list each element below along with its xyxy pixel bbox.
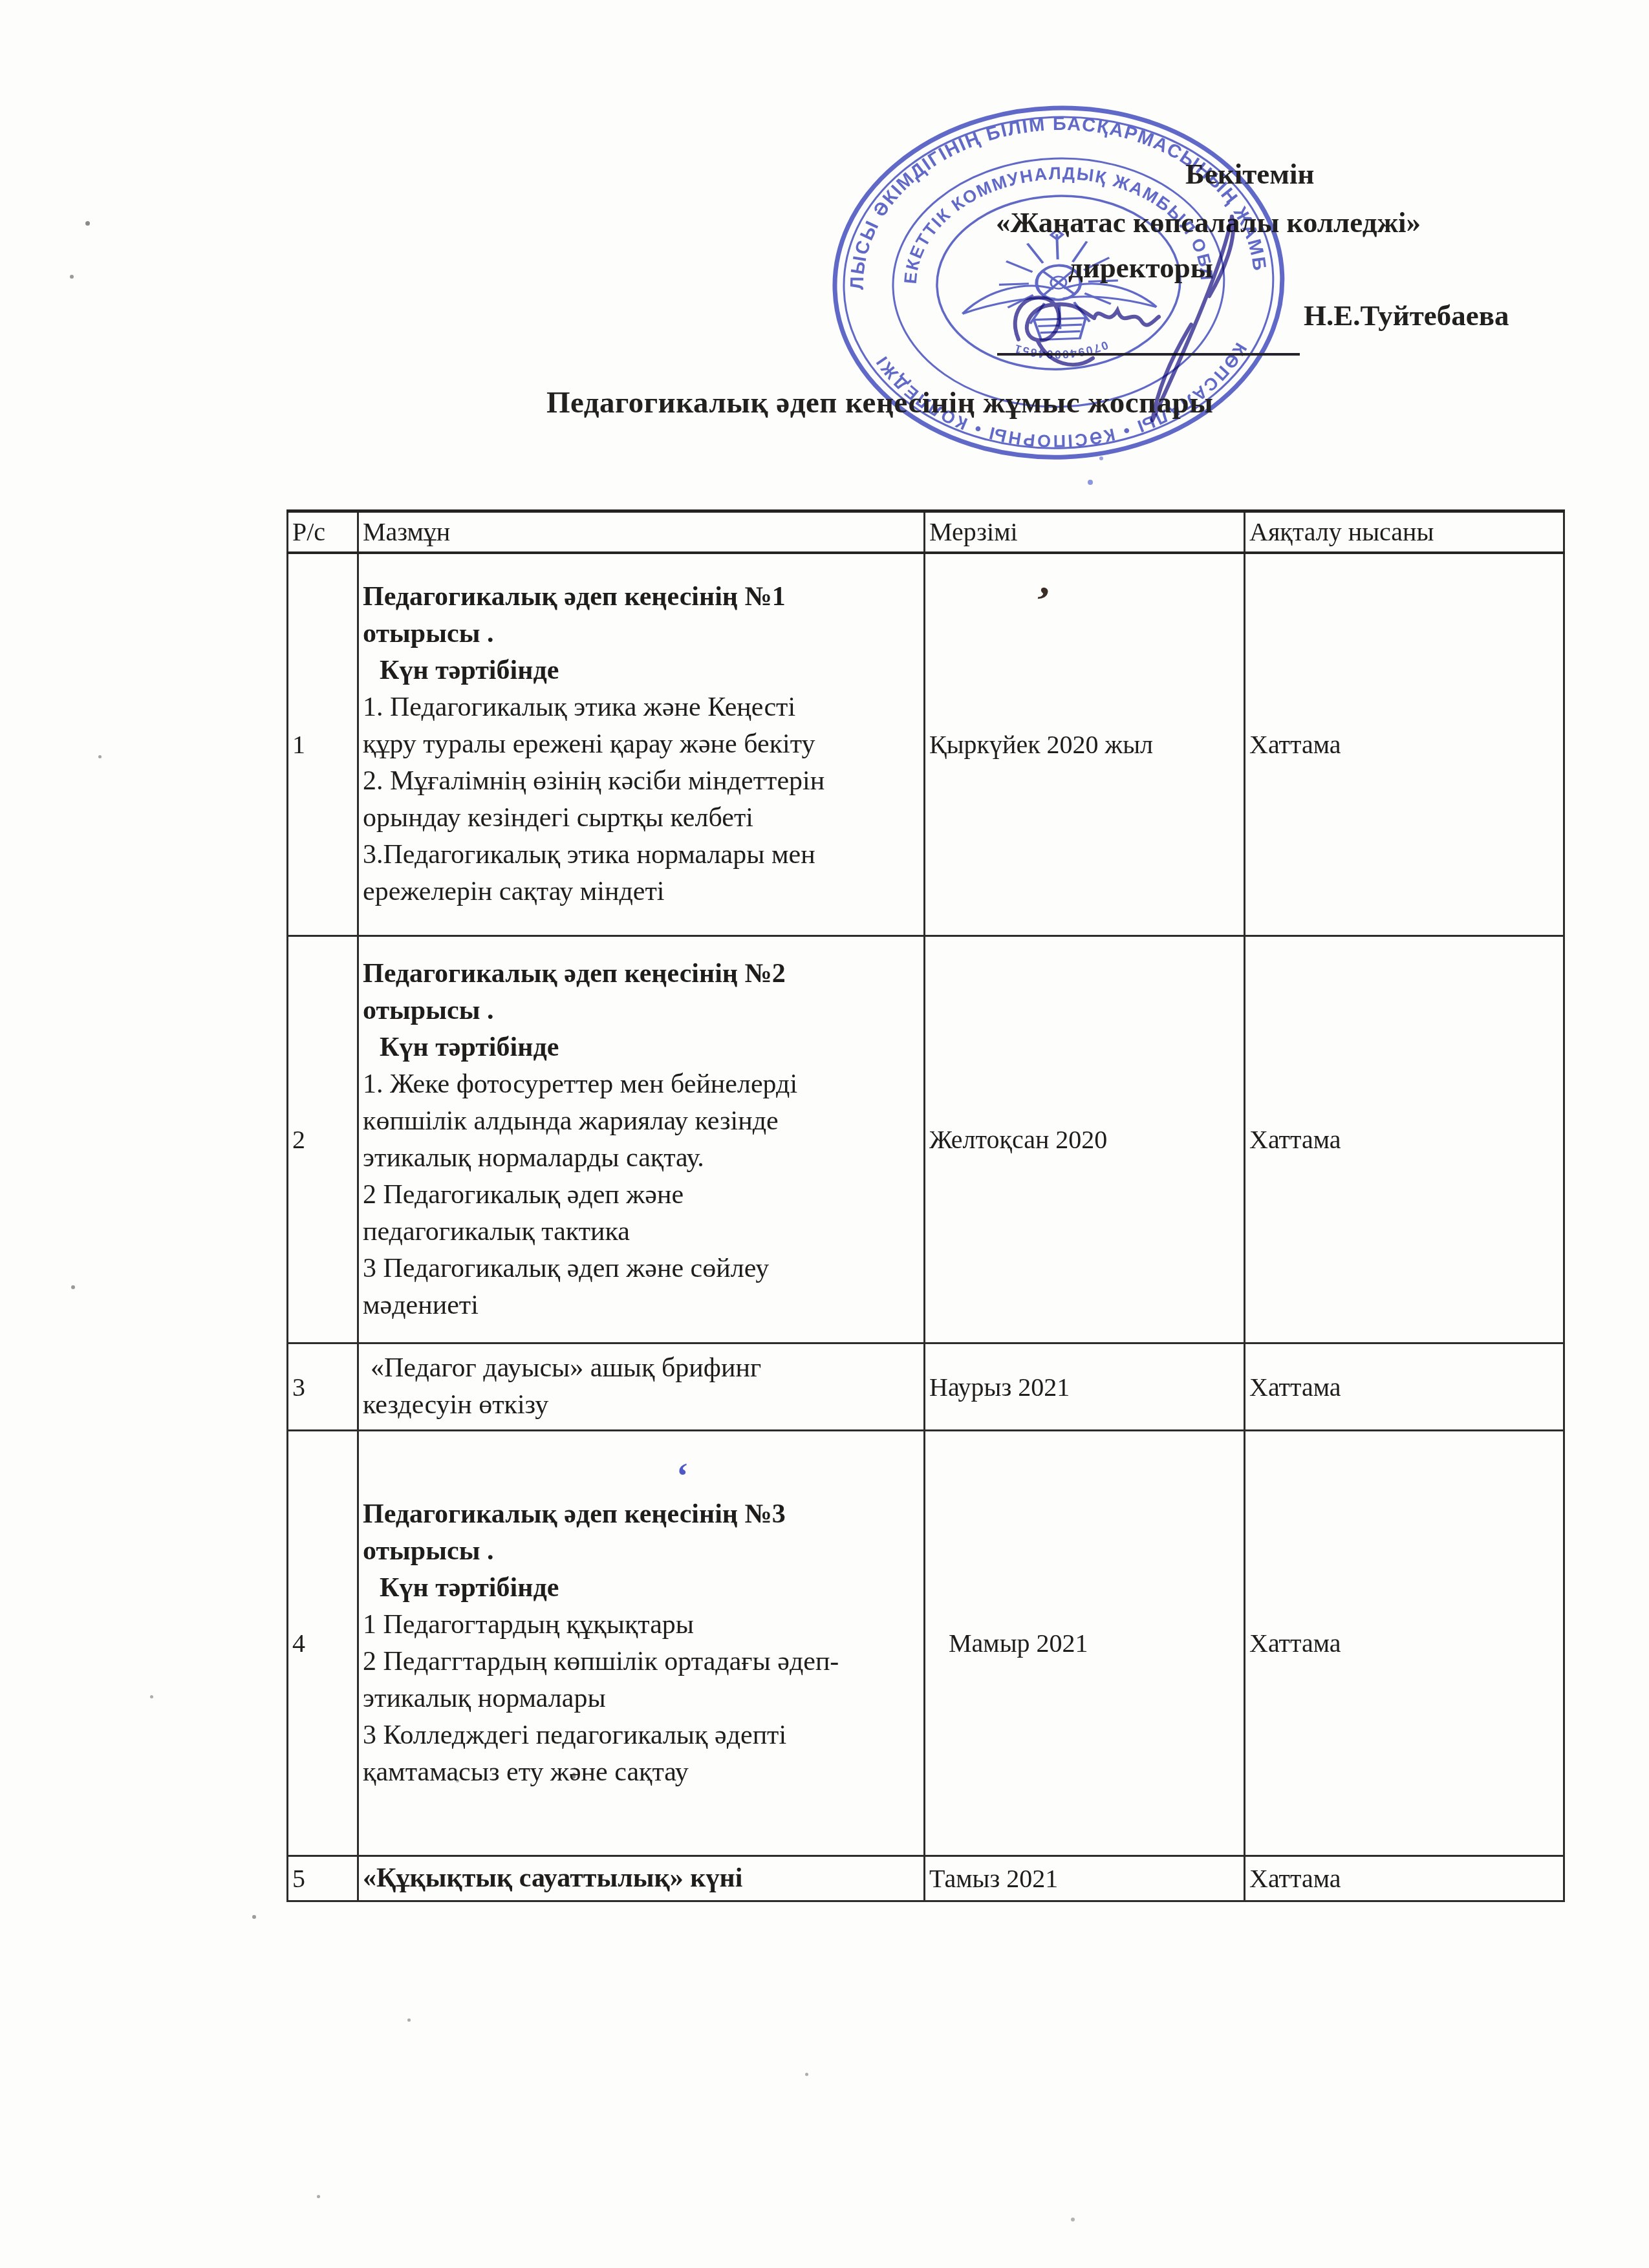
header-num: Р/с — [288, 511, 358, 553]
scan-speck — [85, 221, 90, 226]
result-cell: Хаттама — [1245, 553, 1564, 936]
director-name: Н.Е.Туйтебаева — [1304, 299, 1509, 332]
meeting-title: Педагогикалық әдеп кеңесінің №1 отырысы … — [363, 579, 809, 652]
agenda-item: 1. Жеке фотосуреттер мен бейнелерді көпш… — [363, 1066, 856, 1177]
content-cell: Педагогикалық әдеп кеңесінің №1 отырысы … — [358, 553, 925, 936]
agenda-item: 2 Педагогикалық әдеп және педагогикалық … — [363, 1177, 856, 1250]
term-cell: Желтоқсан 2020 — [925, 936, 1245, 1343]
result-cell: Хаттама — [1245, 1856, 1564, 1901]
content-cell: Педагогикалық әдеп кеңесінің №3 отырысы … — [358, 1431, 925, 1856]
content-cell: Педагогикалық әдеп кеңесінің №2 отырысы … — [358, 936, 925, 1343]
term-cell: Тамыз 2021 — [925, 1856, 1245, 1901]
result-cell: Хаттама — [1245, 936, 1564, 1343]
meeting-title: Педагогикалық әдеп кеңесінің №3 отырысы … — [363, 1496, 809, 1570]
scan-speck — [317, 2195, 320, 2198]
scan-speck — [71, 1285, 75, 1289]
agenda-item: 3 Педагогикалық әдеп және сөйлеу мәдение… — [363, 1250, 856, 1324]
scan-speck — [98, 755, 102, 758]
table-row: 4 Педагогикалық әдеп кеңесінің №3 отырыс… — [288, 1431, 1564, 1856]
header-content: Мазмұн — [358, 511, 925, 553]
agenda-item: 2 Педаггтардың көпшілік ортадағы әдеп-эт… — [363, 1643, 856, 1717]
scan-speck — [407, 2018, 411, 2022]
document-title: Педагогикалық әдеп кеңесінің жұмыс жоспа… — [546, 385, 1213, 420]
agenda-item: 1 Педагогтардың құқықтары — [363, 1607, 856, 1643]
result-cell: Хаттама — [1245, 1431, 1564, 1856]
content-cell: «Педагог дауысы» ашық брифинг кездесуін … — [358, 1343, 925, 1431]
term-cell: Мамыр 2021 — [925, 1431, 1245, 1856]
table-row: 5 «Құқықтық сауаттылық» күні Тамыз 2021 … — [288, 1856, 1564, 1901]
agenda-item: 3.Педагогикалық этика нормалары мен ереж… — [363, 837, 856, 910]
work-plan-table: Р/с Мазмұн Мерзімі Аяқталу нысаны 1 Педа… — [286, 509, 1565, 1902]
scan-speck — [252, 1915, 256, 1919]
meeting-title: Педагогикалық әдеп кеңесінің №2 отырысы … — [363, 956, 809, 1029]
scanned-page: ОБЛЫСЫ ӘКІМДІГІНІҢ БІЛІМ БАСҚАРМАСЫНЫҢ Ж… — [0, 0, 1649, 2268]
approve-label: Бекітемін — [1185, 157, 1314, 191]
scan-speck — [805, 2073, 808, 2076]
row-number: 4 — [288, 1431, 358, 1856]
event-text: «Құқықтық сауаттылық» күні — [363, 1860, 920, 1897]
term-cell: Қыркүйек 2020 жыл — [925, 553, 1245, 936]
row-number: 2 — [288, 936, 358, 1343]
table-header-row: Р/с Мазмұн Мерзімі Аяқталу нысаны — [288, 511, 1564, 553]
content-cell: «Құқықтық сауаттылық» күні — [358, 1856, 925, 1901]
agenda-label: Күн тәртібінде — [363, 652, 920, 689]
scan-speck — [1071, 2218, 1075, 2221]
agenda-item: 1. Педагогикалық этика және Кеңесті құру… — [363, 689, 856, 763]
scan-speck — [1088, 480, 1093, 485]
header-result: Аяқталу нысаны — [1245, 511, 1564, 553]
scan-speck — [150, 1695, 153, 1698]
agenda-label: Күн тәртібінде — [363, 1029, 920, 1066]
agenda-item: 3 Колледждегі педагогикалық әдепті қамта… — [363, 1717, 856, 1791]
scan-speck — [70, 275, 74, 279]
row-number: 5 — [288, 1856, 358, 1901]
table-row: 3 «Педагог дауысы» ашық брифинг кездесуі… — [288, 1343, 1564, 1431]
result-cell: Хаттама — [1245, 1343, 1564, 1431]
header-term: Мерзімі — [925, 511, 1245, 553]
table-row: 1 Педагогикалық әдеп кеңесінің №1 отырыс… — [288, 553, 1564, 936]
agenda-label: Күн тәртібінде — [363, 1570, 920, 1607]
event-text: «Педагог дауысы» ашық брифинг кездесуін … — [363, 1350, 856, 1424]
scan-speck — [1099, 456, 1103, 460]
agenda-item: 2. Мұғалімнің өзінің кәсіби міндеттерін … — [363, 763, 856, 837]
term-cell: Наурыз 2021 — [925, 1343, 1245, 1431]
table-row: 2 Педагогикалық әдеп кеңесінің №2 отырыс… — [288, 936, 1564, 1343]
row-number: 3 — [288, 1343, 358, 1431]
row-number: 1 — [288, 553, 358, 936]
